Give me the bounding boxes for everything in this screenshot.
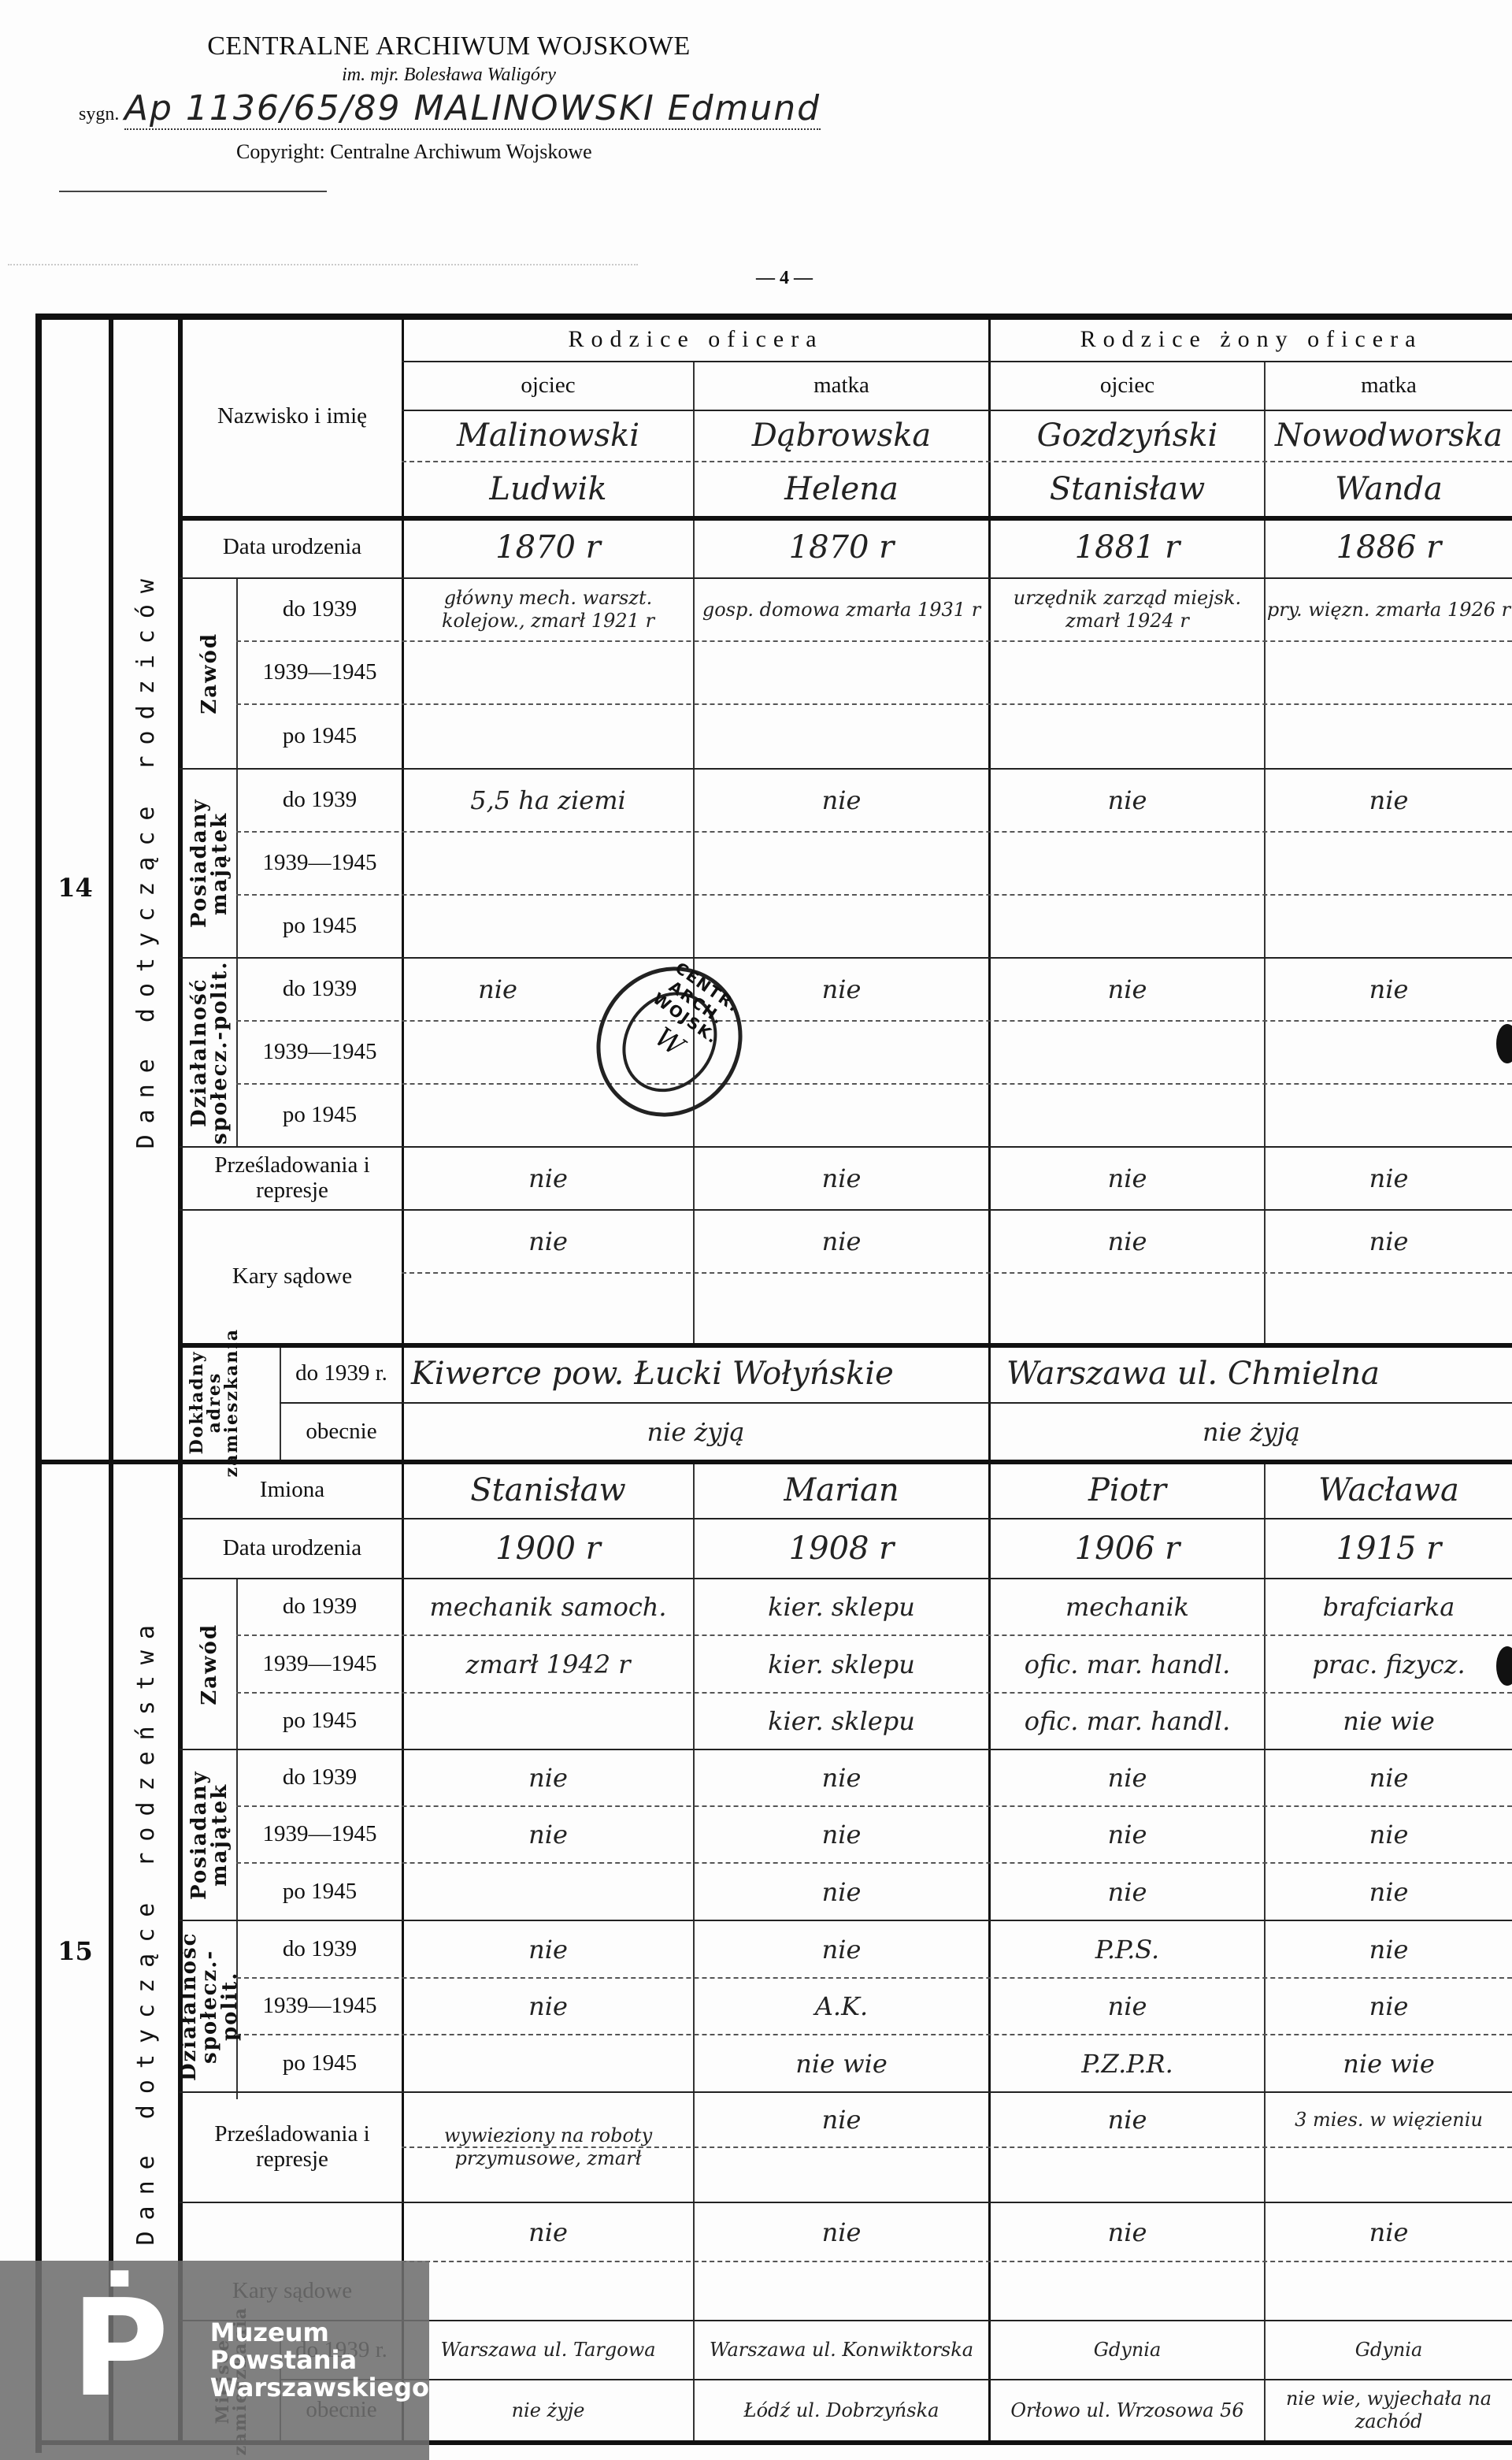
sibling-address-now: nie wie, wyjechała na zachód	[1266, 2380, 1512, 2440]
birth-cell: 1870 r	[695, 518, 988, 577]
header-rule	[59, 191, 327, 192]
sibling-occupation: brafciarka	[1266, 1579, 1512, 1634]
label-persecution: Prześladowania i represje	[183, 2093, 402, 2202]
sibling-activity	[403, 2035, 693, 2091]
sibling-property	[403, 1864, 693, 1920]
sibling-activity: A.K.	[695, 1979, 988, 2034]
birth-cell: 1881 r	[991, 518, 1264, 577]
activity-cell: nie	[403, 959, 592, 1020]
surname-wife-father: Gozdzyński	[991, 410, 1264, 461]
sibling-activity: nie	[695, 1921, 988, 1977]
sibling-occupation: nie wie	[1266, 1694, 1512, 1749]
divider	[236, 894, 1512, 896]
sibling-occupation: zmarł 1942 r	[403, 1636, 693, 1692]
firstname-wife-father: Stanisław	[991, 462, 1264, 516]
label-property: Posiadany majątek	[183, 770, 236, 957]
property-cell: nie	[991, 770, 1264, 831]
signature-line: sygn. Ap 1136/65/89 MALINOWSKI Edmund	[79, 88, 821, 128]
label-court: Kary sądowe	[183, 1211, 402, 1343]
label-activity: Działalność społecz.-polit.	[183, 1921, 236, 2091]
sibling-activity: nie	[403, 1979, 693, 2034]
label-occupation: Zawód	[183, 579, 236, 768]
section-title-text: Dane dotyczące rodziców	[132, 568, 160, 1148]
label-activity: Działalność społecz.-polit.	[183, 959, 236, 1146]
label-birth: Data urodzenia	[183, 1519, 402, 1578]
occupation-cell: gosp. domowa zmarła 1931 r	[695, 579, 988, 640]
sibling-activity: P.Z.P.R.	[991, 2035, 1264, 2091]
label-name: Nazwisko i imię	[183, 317, 402, 516]
section-number-14: 14	[42, 315, 109, 1460]
label-birth: Data urodzenia	[183, 518, 402, 577]
label-addr-now: obecnie	[281, 1404, 402, 1460]
label-after1945: po 1945	[238, 896, 402, 957]
label-after1945: po 1945	[238, 1085, 402, 1146]
divider	[236, 640, 1512, 642]
surname-father: Malinowski	[403, 410, 693, 461]
sibling-property: nie	[991, 1750, 1264, 1805]
sibling-court: nie	[403, 2203, 693, 2261]
sibling-occupation: kier. sklepu	[695, 1694, 988, 1749]
label-occupation: Zawód	[183, 1579, 236, 1749]
sibling-name: Marian	[695, 1463, 988, 1518]
sibling-persecution: wywieziony na roboty przymusowe, zmarł	[403, 2093, 693, 2202]
signature-value: Ap 1136/65/89 MALINOWSKI Edmund	[124, 88, 821, 130]
property-cell: 5,5 ha ziemi	[403, 770, 693, 831]
label-until1939: do 1939	[238, 1579, 402, 1634]
label-after1945: po 1945	[238, 2035, 402, 2091]
persecution-cell: nie	[403, 1148, 693, 1209]
sibling-property: nie	[991, 1807, 1264, 1862]
address-until-officer: Kiwerce pow. Łucki Wołyńskie	[403, 1345, 988, 1402]
sibling-activity: nie	[991, 1979, 1264, 2034]
label-until1939: do 1939	[238, 579, 402, 640]
label-address: Dokładny adres zamieszkania	[183, 1345, 280, 1460]
header-mother: matka	[695, 362, 988, 410]
label-after1945: po 1945	[238, 705, 402, 768]
header-wife-mother: matka	[1266, 362, 1512, 410]
birth-cell: 1886 r	[1266, 518, 1512, 577]
sibling-birth: 1900 r	[403, 1519, 693, 1578]
firstname-mother: Helena	[695, 462, 988, 516]
persecution-cell: nie	[695, 1148, 988, 1209]
sibling-birth: 1915 r	[1266, 1519, 1512, 1578]
activity-cell: nie	[991, 959, 1264, 1020]
firstname-father: Ludwik	[403, 462, 693, 516]
copyright-note: Copyright: Centralne Archiwum Wojskowe	[236, 140, 592, 164]
birth-cell: 1870 r	[403, 518, 693, 577]
occupation-cell: główny mech. warszt. kolejow., zmarł 192…	[403, 579, 693, 640]
label-war: 1939—1945	[238, 642, 402, 703]
activity-cell: nie	[1266, 959, 1512, 1020]
sibling-court: nie	[695, 2203, 988, 2261]
section-title-14: Dane dotyczące rodziców	[113, 441, 178, 1276]
persecution-cell: nie	[1266, 1148, 1512, 1209]
sibling-property: nie	[1266, 1807, 1512, 1862]
sibling-activity: nie wie	[1266, 2035, 1512, 2091]
label-after1945: po 1945	[238, 1864, 402, 1920]
archive-subtitle: im. mjr. Bolesława Waligóry	[189, 65, 709, 86]
sibling-property: nie	[1266, 1864, 1512, 1920]
surname-mother: Dąbrowska	[695, 410, 988, 461]
sibling-address-now: Orłowo ul. Wrzosowa 56	[991, 2380, 1264, 2440]
sibling-name: Piotr	[991, 1463, 1264, 1518]
divider	[402, 1272, 1512, 1274]
page-number: — 4 —	[756, 268, 813, 289]
court-cell: nie	[695, 1211, 988, 1272]
divider	[236, 1020, 1512, 1022]
sibling-property: nie	[403, 1807, 693, 1862]
header-father: ojciec	[403, 362, 693, 410]
label-names: Imiona	[183, 1463, 402, 1518]
court-cell: nie	[1266, 1211, 1512, 1272]
museum-name: Muzeum Powstania Warszawskiego	[210, 2319, 429, 2402]
sibling-birth: 1906 r	[991, 1519, 1264, 1578]
firstname-wife-mother: Wanda	[1266, 462, 1512, 516]
surname-wife-mother: Nowodworska	[1266, 410, 1512, 461]
sibling-occupation	[403, 1694, 693, 1749]
sibling-property: nie	[695, 1864, 988, 1920]
label-addr-until: do 1939 r.	[281, 1345, 402, 1402]
sibling-birth: 1908 r	[695, 1519, 988, 1578]
sibling-activity: nie	[1266, 1921, 1512, 1977]
sibling-persecution: nie	[695, 2093, 988, 2146]
address-until-wife: Warszawa ul. Chmielna	[991, 1345, 1512, 1402]
museum-watermark: Ṗ Muzeum Powstania Warszawskiego	[0, 2261, 429, 2460]
sibling-name: Wacława	[1266, 1463, 1512, 1518]
label-until1939: do 1939	[238, 770, 402, 831]
label-after1945: po 1945	[238, 1694, 402, 1749]
dotted-line	[8, 264, 638, 265]
sibling-occupation: prac. fizycz.	[1266, 1636, 1512, 1692]
header-wife-father: ojciec	[991, 362, 1264, 410]
sibling-address-until: Warszawa ul. Targowa	[403, 2321, 693, 2379]
sibling-activity: P.P.S.	[991, 1921, 1264, 1977]
label-war: 1939—1945	[238, 1807, 402, 1862]
sibling-occupation: kier. sklepu	[695, 1579, 988, 1634]
sibling-court: nie	[1266, 2203, 1512, 2261]
section-title-15: Dane dotyczące rodzeństwa	[113, 1497, 178, 2363]
archive-name: CENTRALNE ARCHIWUM WOJSKOWE	[189, 32, 709, 61]
label-war: 1939—1945	[238, 1022, 402, 1083]
sibling-activity: nie	[1266, 1979, 1512, 2034]
label-war: 1939—1945	[238, 833, 402, 894]
label-persecution: Prześladowania i represje	[183, 1148, 402, 1209]
sibling-address-until: Warszawa ul. Konwiktorska	[695, 2321, 988, 2379]
section-title-text: Dane dotyczące rodzeństwa	[132, 1614, 160, 2246]
property-cell: nie	[695, 770, 988, 831]
sibling-persecution: 3 mies. w więzieniu	[1266, 2093, 1512, 2146]
sibling-property: nie	[403, 1750, 693, 1805]
occupation-cell: urzędnik zarząd miejsk. zmarł 1924 r	[991, 579, 1264, 640]
sibling-address-until: Gdynia	[1266, 2321, 1512, 2379]
sibling-occupation: ofic. mar. handl.	[991, 1694, 1264, 1749]
occupation-cell: pry. więzn. zmarła 1926 r	[1266, 579, 1512, 640]
label-property: Posiadany majątek	[183, 1750, 236, 1920]
address-now-officer: nie żyją	[403, 1404, 988, 1460]
sibling-property: nie	[695, 1807, 988, 1862]
label-until1939: do 1939	[238, 959, 402, 1020]
sibling-occupation: kier. sklepu	[695, 1636, 988, 1692]
divider	[236, 831, 1512, 833]
court-cell: nie	[403, 1211, 693, 1272]
sibling-address-until: Gdynia	[991, 2321, 1264, 2379]
label-war: 1939—1945	[238, 1636, 402, 1692]
sibling-court: nie	[991, 2203, 1264, 2261]
sibling-property: nie	[991, 1864, 1264, 1920]
sibling-property: nie	[1266, 1750, 1512, 1805]
header-wife-parents: Rodzice żony oficera	[991, 317, 1512, 361]
sibling-persecution: nie	[991, 2093, 1264, 2146]
sibling-activity: nie wie	[695, 2035, 988, 2091]
sibling-occupation: ofic. mar. handl.	[991, 1636, 1264, 1692]
sibling-occupation: mechanik samoch.	[403, 1579, 693, 1634]
divider	[236, 703, 1512, 705]
divider	[402, 2261, 1512, 2262]
label-until1939: do 1939	[238, 1750, 402, 1805]
header-officer-parents: Rodzice oficera	[403, 317, 988, 361]
sibling-address-now: nie żyje	[403, 2380, 693, 2440]
court-cell: nie	[991, 1211, 1264, 1272]
sibling-property: nie	[695, 1750, 988, 1805]
persecution-cell: nie	[991, 1148, 1264, 1209]
address-now-wife: nie żyją	[991, 1404, 1512, 1460]
label-until1939: do 1939	[238, 1921, 402, 1977]
property-cell: nie	[1266, 770, 1512, 831]
sibling-activity: nie	[403, 1921, 693, 1977]
signature-label: sygn.	[79, 104, 119, 124]
sibling-address-now: Łódź ul. Dobrzyńska	[695, 2380, 988, 2440]
sibling-occupation: mechanik	[991, 1579, 1264, 1634]
sibling-name: Stanisław	[403, 1463, 693, 1518]
kotwica-logo-icon: Ṗ	[55, 2282, 202, 2440]
divider	[236, 1083, 1512, 1085]
label-war: 1939—1945	[238, 1979, 402, 2034]
